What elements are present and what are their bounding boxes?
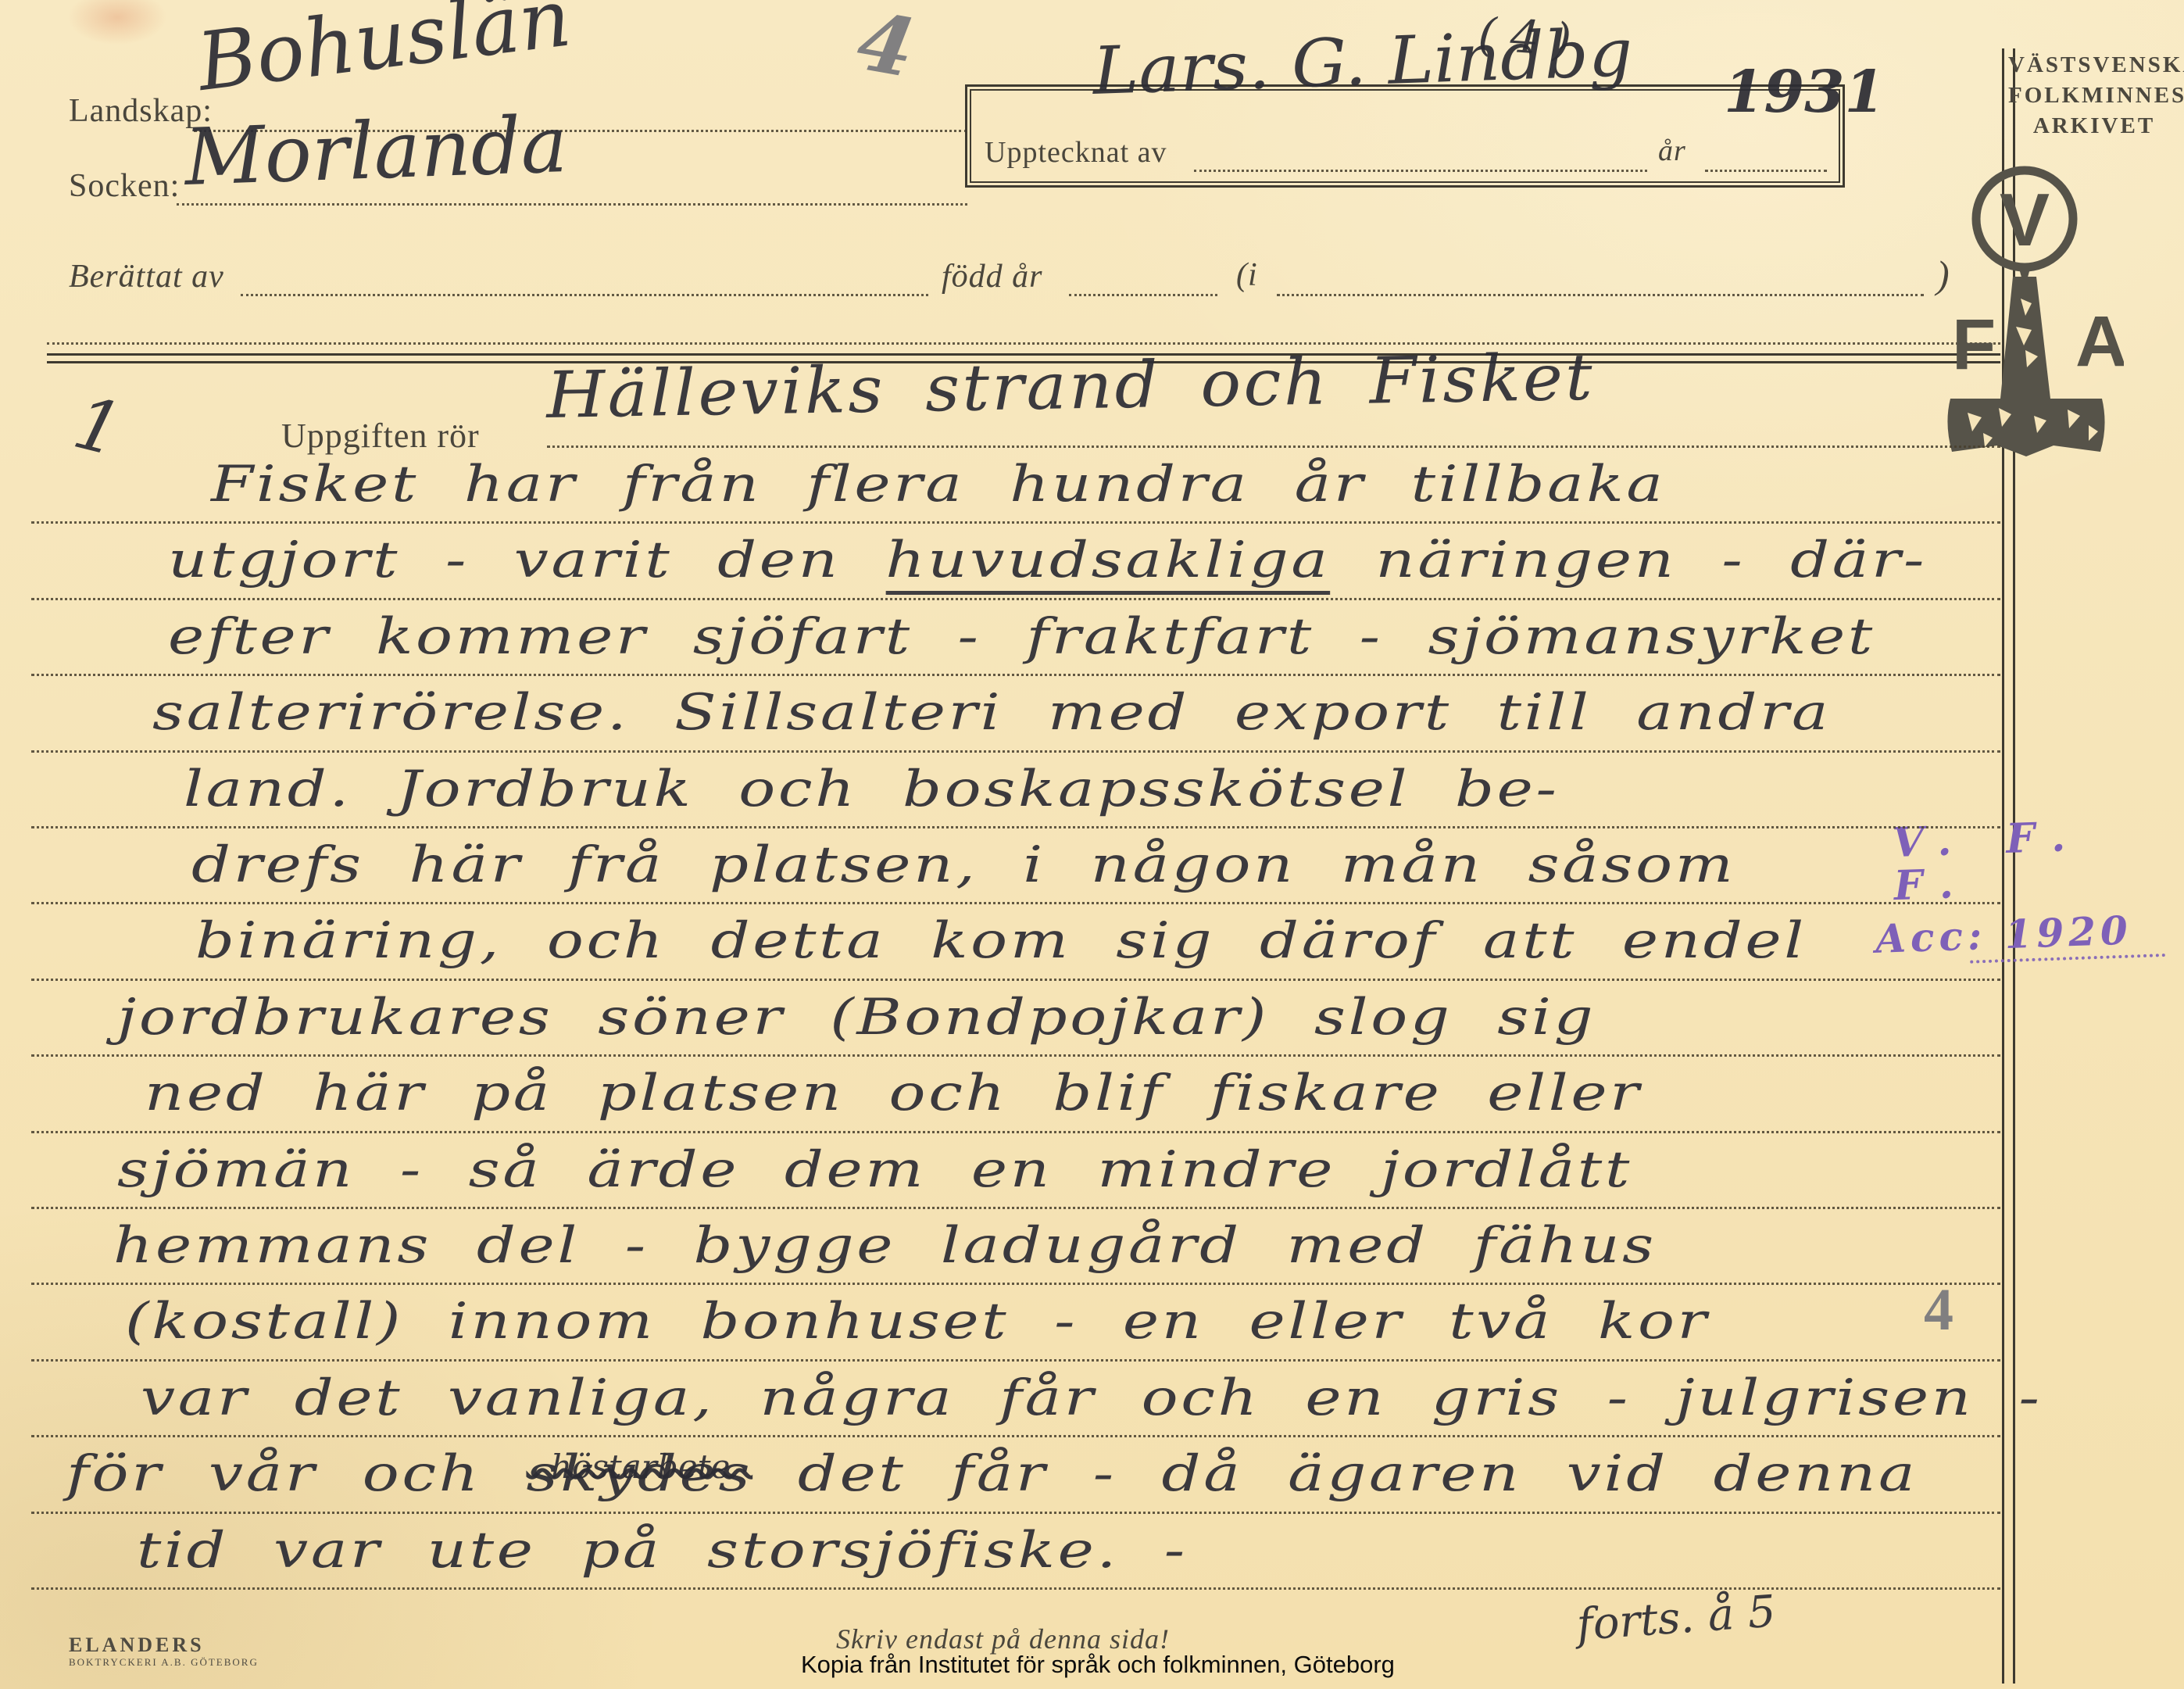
- handwritten-line: ned här på platsen och blif fiskare elle…: [145, 1068, 1642, 1118]
- archive-name-line1: VÄSTSVENSKA: [2008, 50, 2180, 81]
- continuation-note: forts. å 5: [1575, 1590, 1777, 1648]
- writing-dotted-line: [31, 521, 2000, 524]
- handwritten-line: Fisket har från flera hundra år tillbaka: [211, 460, 1666, 510]
- handwritten-line: (kostall) innom bonhuset - en eller två …: [125, 1297, 1710, 1347]
- handwritten-line: salterirörelse. Sillsalteri med export t…: [152, 688, 1831, 738]
- ar-label: år: [1658, 134, 1686, 168]
- logo-letter-f: F: [1952, 305, 1996, 385]
- archive-name-line2: FOLKMINNES=: [2008, 81, 2180, 111]
- writing-dotted-line: [31, 1587, 2000, 1590]
- writing-dotted-line: [547, 446, 2000, 448]
- ar-handwritten-value: 1931: [1724, 63, 1885, 121]
- handwritten-line: för vår och skydes det får - då ägaren v…: [66, 1449, 1918, 1499]
- writing-dotted-line: [31, 750, 2000, 753]
- handwritten-line: sjömän - så ärde dem en mindre jordlått: [117, 1145, 1632, 1195]
- printer-name: ELANDERS: [69, 1634, 259, 1657]
- header-dotted-rule: [47, 342, 2000, 345]
- writing-dotted-line: [31, 598, 2000, 600]
- berattat-dotted-line: [241, 294, 928, 296]
- uppgiften-ror-label: Uppgiften rör: [281, 416, 480, 456]
- socken-dotted-line: [177, 203, 967, 206]
- handwritten-line: hemmans del - bygge ladugård med fähus: [113, 1221, 1657, 1271]
- handwritten-line: drefs här frå platsen, i någon mån såsom: [191, 840, 1735, 890]
- fodd-ar-label: född år: [942, 258, 1043, 295]
- handwritten-line: efter kommer sjöfart - fraktfart - sjöma…: [168, 612, 1875, 662]
- handwritten-line: utgjort - varit den huvudsakliga näringe…: [168, 535, 1927, 585]
- stamp-acc-value: 1920: [2004, 907, 2133, 958]
- stamp-acc-row: Acc: 1920: [1875, 908, 2184, 960]
- berattat-av-label: Berättat av: [69, 258, 224, 295]
- copy-caption: Kopia från Institutet för språk och folk…: [801, 1651, 1395, 1679]
- interlinear-insertion: höstarbete: [551, 1451, 730, 1483]
- writing-dotted-line: [31, 1131, 2000, 1133]
- scanned-record-card: Landskap: Bohuslän Socken: Morlanda Berä…: [0, 0, 2184, 1689]
- upptecknat-label: Upptecknat av: [985, 135, 1167, 170]
- writing-dotted-line: [31, 1435, 2000, 1437]
- logo-letter-v: V: [2000, 178, 2050, 262]
- margin-number: 1: [67, 387, 129, 467]
- writing-dotted-line: [31, 1283, 2000, 1285]
- birthplace-dotted-line: [1277, 294, 1924, 296]
- stamp: V. F. F. Acc: 1920: [1871, 812, 2184, 964]
- thors-hammer-logo-icon: V F A: [1928, 150, 2124, 474]
- fodd-ar-dotted-line: [1069, 294, 1217, 296]
- upptecknat-dotted-line: [1194, 170, 1647, 172]
- writing-dotted-line: [31, 1359, 2000, 1362]
- writing-dotted-line: [31, 826, 2000, 828]
- archive-name-line3: ARKIVET: [2008, 111, 2180, 141]
- printer-city: BOKTRYCKERI A.B. GÖTEBORG: [69, 1657, 259, 1669]
- upptecknat-handwritten-value: Lars. G. Lindbg: [1092, 20, 1634, 104]
- writing-dotted-line: [31, 674, 2000, 676]
- writing-dotted-line: [31, 902, 2000, 904]
- handwritten-line: var det vanliga, några får och en gris -…: [141, 1373, 2043, 1423]
- landskap-handwritten-value: Bohuslän: [194, 0, 575, 103]
- paren-open-label: (i: [1236, 256, 1258, 294]
- handwritten-line: jordbrukares söner (Bondpojkar) slog sig: [117, 993, 1596, 1043]
- writing-dotted-line: [31, 1207, 2000, 1209]
- archive-name: VÄSTSVENSKA FOLKMINNES= ARKIVET: [2008, 50, 2180, 141]
- handwritten-line: land. Jordbruk och boskapsskötsel be-: [184, 764, 1560, 814]
- page-number-pencil-right: 4: [1924, 1280, 1953, 1340]
- stamp-acc-label: Acc:: [1875, 912, 1987, 962]
- upptecknat-box: Upptecknat av år Lars. G. Lindbg 1931: [965, 84, 1845, 188]
- handwritten-title: Hälleviks strand och Fisket: [546, 346, 1596, 428]
- socken-handwritten-value: Morlanda: [184, 106, 569, 197]
- writing-dotted-line: [31, 979, 2000, 981]
- writing-dotted-line: [31, 1054, 2000, 1057]
- ar-dotted-line: [1705, 170, 1827, 172]
- writing-dotted-line: [31, 1512, 2000, 1514]
- page-number-pencil-top: 4: [852, 2, 920, 90]
- handwritten-line: binäring, och detta kom sig därof att en…: [195, 916, 1807, 966]
- printer-mark: ELANDERS BOKTRYCKERI A.B. GÖTEBORG: [69, 1634, 259, 1669]
- logo-letter-a: A: [2075, 302, 2124, 381]
- socken-label: Socken:: [69, 167, 180, 205]
- underlined-word: huvudsakliga: [885, 531, 1330, 595]
- handwritten-line: tid var ute på storsjöfiske. -: [137, 1526, 1188, 1576]
